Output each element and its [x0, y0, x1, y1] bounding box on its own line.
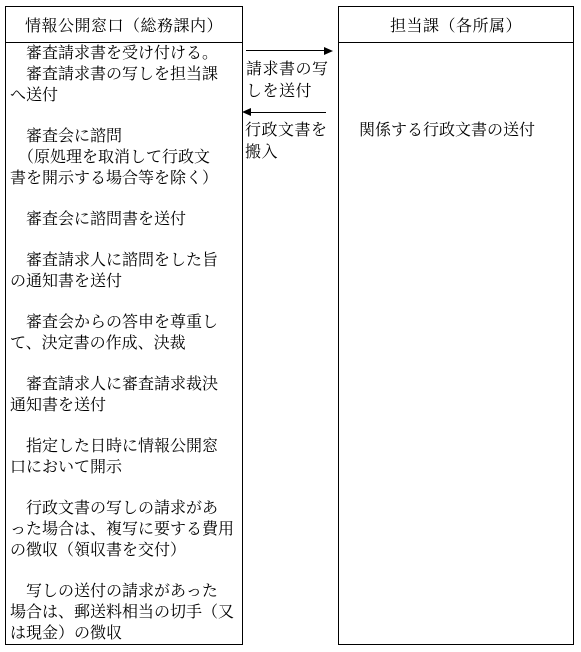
left-arrow-line: [250, 112, 326, 113]
step-notify-requester-of-consultation: 審査請求人に諮問をした旨 の通知書を送付: [10, 250, 238, 292]
responsible-division-body: 関係する行政文書の送付: [339, 120, 573, 141]
flow-label-line: 搬入: [245, 142, 328, 164]
right-arrow-head-icon: [324, 47, 333, 55]
step-line: 行政文書の写しの請求があ: [10, 498, 238, 519]
flow-label-send-request-copy: 請求書の写 しを送付: [246, 59, 329, 103]
step-send-consultation-doc: 審査会に諮問書を送付: [10, 209, 238, 230]
step-line: 審査請求人に審査請求裁決: [10, 374, 238, 395]
step-line: は現金）の徴収: [10, 623, 238, 644]
flow-label-line: 請求書の写: [246, 59, 329, 81]
step-line: 指定した日時に情報公開窓: [10, 436, 238, 457]
flow-label-line: 行政文書を: [245, 120, 328, 142]
step-line: 審査請求人に諮問をした旨: [10, 250, 238, 271]
step-line: 審査会に諮問書を送付: [10, 209, 238, 230]
step-line: 審査会からの答申を尊重し: [10, 312, 238, 333]
step-send-related-documents: 関係する行政文書の送付: [343, 120, 569, 141]
info-disclosure-desk-box: 情報公開窓口（総務課内） 審査請求書を受け付ける。 審査請求書の写しを担当課 へ…: [5, 6, 243, 645]
step-accept-request: 審査請求書を受け付ける。 審査請求書の写しを担当課 へ送付: [10, 43, 238, 106]
flow-label-line: しを送付: [246, 81, 329, 103]
step-line: の通知書を送付: [10, 271, 238, 292]
flow-label-carry-in-documents: 行政文書を 搬入: [245, 120, 328, 164]
step-line: の徴収（領収書を交付）: [10, 540, 238, 561]
step-send-ruling-notice: 審査請求人に審査請求裁決 通知書を送付: [10, 374, 238, 416]
step-line: 書を開示する場合等を除く）: [10, 168, 238, 189]
step-line: 審査会に諮問: [10, 126, 238, 147]
step-line: へ送付: [10, 85, 238, 106]
step-draft-decision: 審査会からの答申を尊重し て、決定書の作成、決裁: [10, 312, 238, 354]
step-consult-review-board: 審査会に諮問 （原処理を取消して行政文 書を開示する場合等を除く）: [10, 126, 238, 189]
responsible-division-box: 担当課（各所属） 関係する行政文書の送付: [338, 6, 574, 645]
step-line: 審査請求書の写しを担当課: [10, 64, 238, 85]
step-line: て、決定書の作成、決裁: [10, 333, 238, 354]
step-disclose-at-desk: 指定した日時に情報公開窓 口において開示: [10, 436, 238, 478]
step-line: った場合は、複写に要する費用: [10, 519, 238, 540]
step-line: 写しの送付の請求があった: [10, 581, 238, 602]
step-collect-postage: 写しの送付の請求があった 場合は、郵送料相当の切手（又 は現金）の徴収: [10, 581, 238, 644]
information-disclosure-flow-diagram: 情報公開窓口（総務課内） 審査請求書を受け付ける。 審査請求書の写しを担当課 へ…: [0, 0, 581, 652]
step-line: （原処理を取消して行政文: [10, 147, 238, 168]
step-collect-copy-fee: 行政文書の写しの請求があ った場合は、複写に要する費用 の徴収（領収書を交付）: [10, 498, 238, 561]
responsible-division-title: 担当課（各所属）: [339, 7, 573, 43]
info-disclosure-desk-body: 審査請求書を受け付ける。 審査請求書の写しを担当課 へ送付 審査会に諮問 （原処…: [6, 43, 242, 644]
step-line: 通知書を送付: [10, 395, 238, 416]
step-line: 口において開示: [10, 457, 238, 478]
right-arrow-line: [246, 50, 325, 51]
step-line: 審査請求書を受け付ける。: [10, 43, 238, 64]
info-disclosure-desk-title: 情報公開窓口（総務課内）: [6, 7, 242, 43]
step-line: 場合は、郵送料相当の切手（又: [10, 602, 238, 623]
